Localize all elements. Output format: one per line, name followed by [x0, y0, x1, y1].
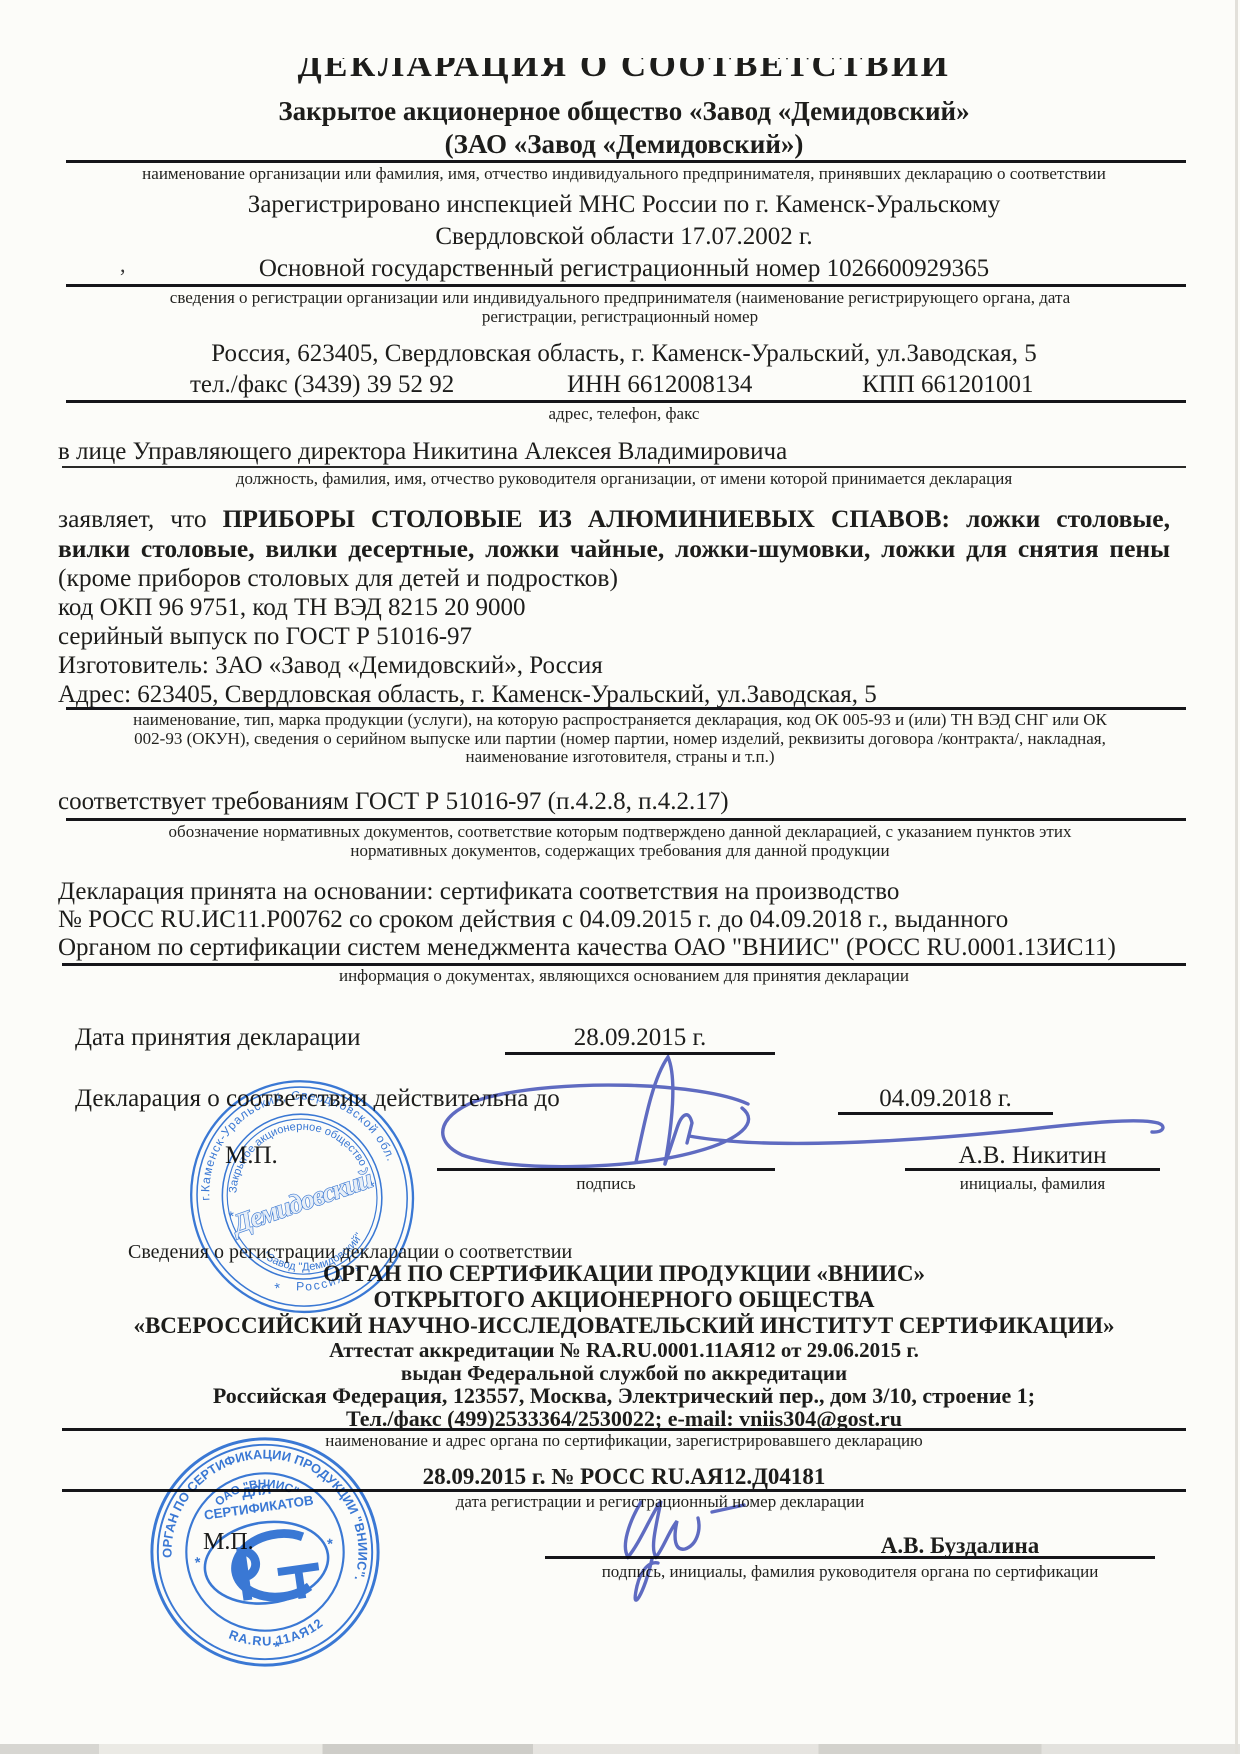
registration-caption: сведения о регистрации организации или и…: [130, 289, 1110, 326]
page-title: ДЕКЛАРАЦИЯ О СООТВЕТСТВИИ: [62, 58, 1186, 89]
product-note: (кроме приборов столовых для детей и под…: [58, 563, 618, 592]
registrar-signature: [625, 1501, 744, 1600]
basis-caption: информация о документах, являющихся осно…: [62, 967, 1186, 986]
adoption-date-label: Дата принятия декларации: [75, 1024, 361, 1052]
compliance-caption: обозначение нормативных документов, соот…: [145, 823, 1095, 860]
seal-center-logo-text: Демидовский: [226, 1163, 376, 1240]
product-declaration-block: заявляет, что ПРИБОРЫ СТОЛОВЫЕ ИЗ АЛЮМИН…: [58, 504, 1170, 709]
scan-right-edge: [1235, 0, 1238, 1754]
director-name-line: [905, 1168, 1160, 1171]
seal-star-br: *: [354, 1263, 363, 1280]
organization-short-name: (ЗАО «Завод «Демидовский»): [62, 129, 1186, 160]
product-name: ПРИБОРЫ СТОЛОВЫЕ ИЗ АЛЮМИНИЕВЫХ СПАВОВ: …: [58, 504, 1170, 563]
scan-bottom-edge: [0, 1744, 1240, 1754]
rst-for-text: ДЛЯ: [241, 1482, 272, 1501]
seal-zavod-text: "Завод "Демидовский": [259, 1229, 370, 1283]
registration-line-2: Свердловской области 17.07.2002 г.: [62, 223, 1186, 251]
representative-line: в лице Управляющего директора Никитина А…: [58, 438, 1186, 466]
director-name-caption: инициалы, фамилия: [905, 1175, 1160, 1194]
compliance-line: соответствует требованиям ГОСТ Р 51016-9…: [58, 788, 1186, 816]
product-serial: серийный выпуск по ГОСТ Р 51016-97: [58, 622, 1170, 651]
signature-line: [437, 1168, 775, 1171]
rst-star-right: *: [326, 1536, 334, 1553]
certification-body-seal-rst: ОРГАН ПО СЕРТИФИКАЦИИ ПРОДУКЦИИ "ВНИИС".…: [132, 1419, 399, 1686]
product-caption: наименование, тип, марка продукции (услу…: [120, 711, 1120, 767]
accreditation-line: Аттестат аккредитации № RA.RU.0001.11АЯ1…: [62, 1339, 1186, 1362]
product-codes: код ОКП 96 9751, код ТН ВЭД 8215 20 9000: [58, 593, 1170, 622]
adoption-date-value: 28.09.2015 г.: [505, 1024, 775, 1052]
registrar-signature-line: [545, 1556, 1155, 1559]
company-seal-demidovsky: г.Каменск-Уральский, Свердловской обл. З…: [163, 1054, 442, 1342]
address-caption: адрес, телефон, факс: [62, 405, 1186, 424]
divider: [66, 284, 1186, 287]
registration-line-1: Зарегистрировано инспекцией МНС России п…: [62, 191, 1186, 219]
declaration-document: ДЕКЛАРАЦИЯ О СООТВЕТСТВИИ Закрытое акцио…: [0, 0, 1240, 1754]
registration-number-caption: дата регистрации и регистрационный номер…: [350, 1493, 970, 1512]
divider: [66, 400, 1186, 403]
adoption-date-underline: [505, 1052, 775, 1055]
divider: [66, 160, 1186, 163]
header-caption: наименование организации или фамилия, им…: [62, 165, 1186, 184]
basis-line-2: № РОСС RU.ИС11.Р00762 со сроком действия…: [58, 906, 1186, 934]
organization-name: Закрытое акционерное общество «Завод «Де…: [62, 96, 1186, 127]
basis-line-3: Органом по сертификации систем менеджмен…: [58, 934, 1186, 962]
scan-artifact: ,: [120, 252, 126, 278]
svg-text:"Завод "Демидовский": "Завод "Демидовский": [259, 1229, 370, 1283]
representative-caption: должность, фамилия, имя, отчество руково…: [62, 470, 1186, 489]
product-manufacturer-address: Адрес: 623405, Свердловская область, г. …: [58, 680, 1170, 709]
product-manufacturer: Изготовитель: ЗАО «Завод «Демидовский», …: [58, 651, 1170, 680]
seal-star-bl: *: [274, 1280, 283, 1297]
rst-star-left: *: [194, 1555, 202, 1572]
company-inn: ИНН 6612008134: [567, 371, 752, 399]
registration-line-3: Основной государственный регистрационный…: [62, 255, 1186, 283]
company-contacts-row: тел./факс (3439) 39 52 92 ИНН 6612008134…: [62, 371, 1186, 401]
signature-caption: подпись: [437, 1175, 775, 1194]
company-phone: тел./факс (3439) 39 52 92: [190, 371, 454, 399]
valid-until-value: 04.09.2018 г.: [838, 1085, 1053, 1113]
company-kpp: КПП 661201001: [862, 371, 1034, 399]
product-paragraph: заявляет, что ПРИБОРЫ СТОЛОВЫЕ ИЗ АЛЮМИН…: [58, 504, 1170, 593]
page-title-text: ДЕКЛАРАЦИЯ О СООТВЕТСТВИИ: [62, 58, 1186, 85]
valid-until-underline: [838, 1112, 1053, 1115]
product-intro: заявляет, что: [58, 504, 223, 533]
divider: [66, 818, 1186, 821]
director-name: А.В. Никитин: [905, 1142, 1160, 1170]
registrar-name-caption: подпись, инициалы, фамилия руководителя …: [545, 1563, 1155, 1582]
divider: [62, 466, 1186, 468]
basis-line-1: Декларация принята на основании: сертифи…: [58, 878, 1186, 906]
company-address: Россия, 623405, Свердловская область, г.…: [62, 340, 1186, 368]
issued-by-line: выдан Федеральной службой по аккредитаци…: [62, 1362, 1186, 1385]
